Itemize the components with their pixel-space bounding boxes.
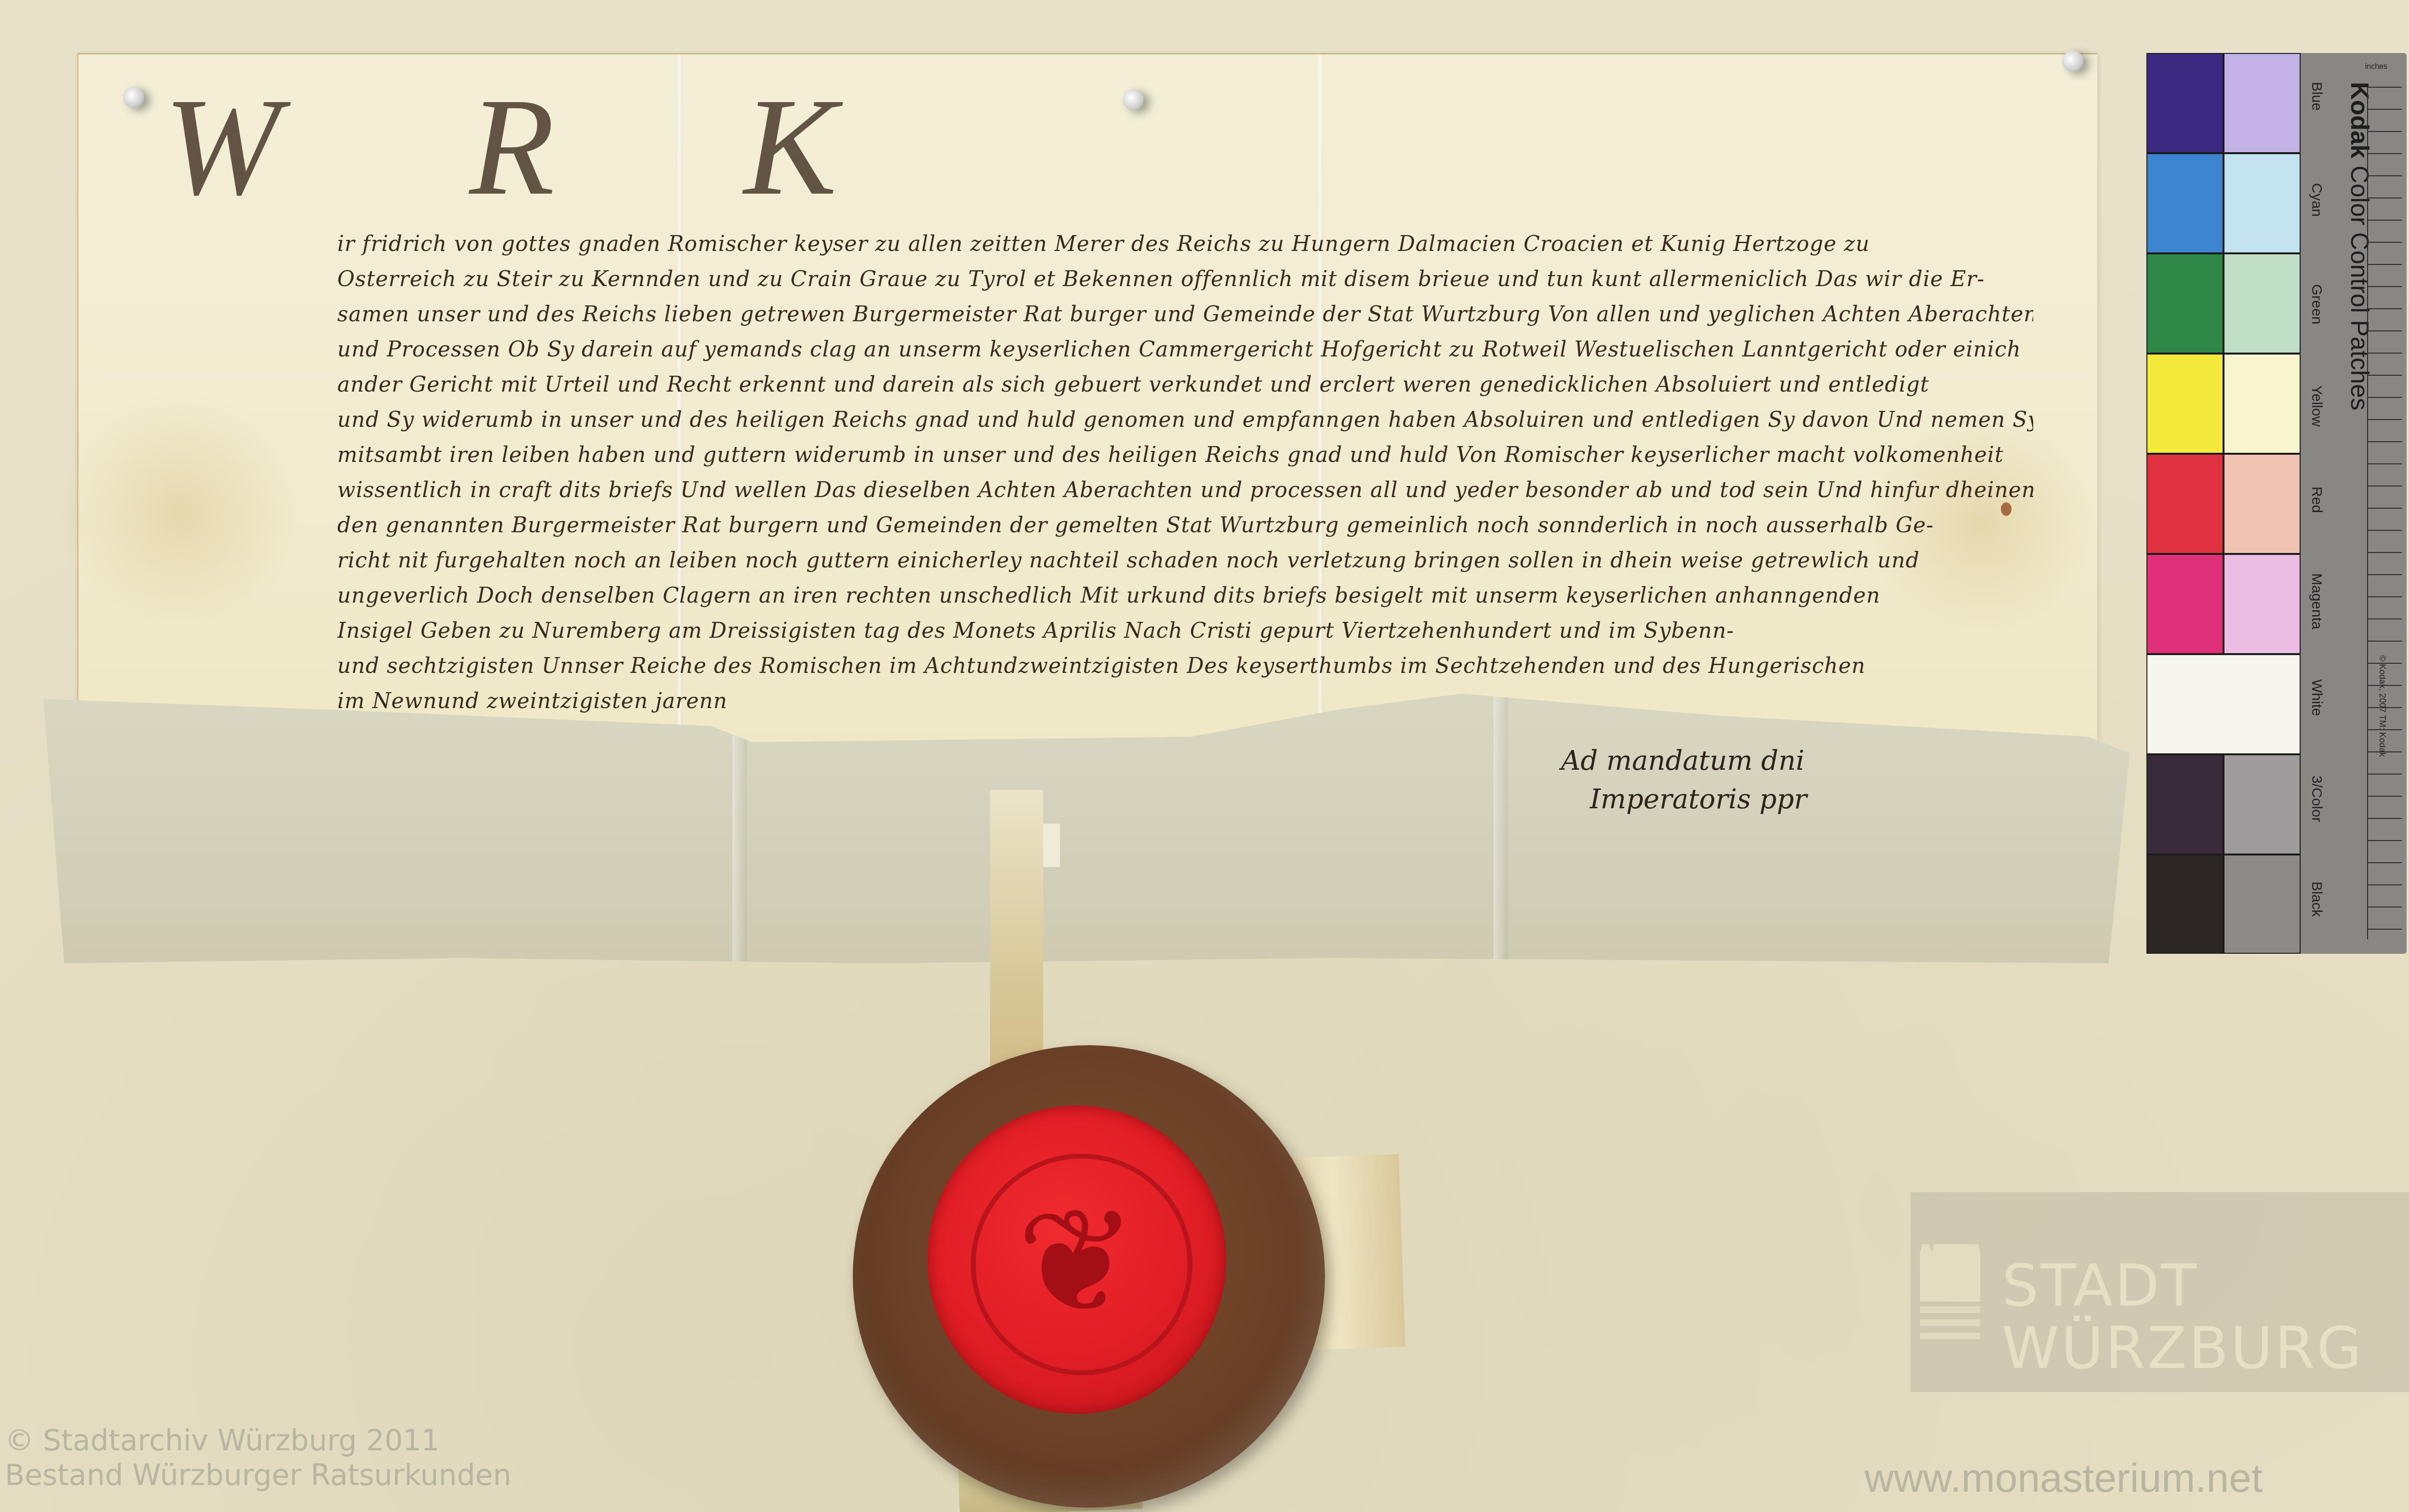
patch-label: White: [2308, 679, 2325, 716]
patch-label: Green: [2308, 284, 2325, 324]
text-line: und Sy widerumb in unser und des heilige…: [337, 402, 2033, 437]
city-skyline-icon: [1920, 1211, 1980, 1375]
monasterium-url-watermark: www.monasterium.net: [1865, 1455, 2263, 1501]
text-line: und Processen Ob Sy darein auf yemands c…: [337, 332, 2033, 367]
water-stain: [59, 392, 300, 632]
text-line: ander Gericht mit Urteil und Recht erken…: [337, 367, 2033, 402]
patch-red-light: [2224, 454, 2301, 554]
patch-3color-dark: [2146, 754, 2224, 855]
patch-black-dark: [2146, 855, 2224, 954]
patch-red-dark: [2146, 454, 2224, 554]
text-line: Insigel Geben zu Nuremberg am Dreissigis…: [337, 613, 2033, 648]
endorsement-line: Imperatoris ppr: [1561, 780, 1807, 819]
decorated-initials: W R K: [164, 72, 1946, 222]
logo-text: STADT WÜRZBURG: [2002, 1255, 2364, 1380]
patch-yellow-dark: [2146, 354, 2224, 454]
text-line: und sechtzigisten Unnser Reiche des Romi…: [337, 648, 2033, 684]
color-patches: [2146, 53, 2301, 954]
stadt-wuerzburg-logo: STADT WÜRZBURG: [1910, 1192, 2409, 1392]
patch-label: Blue: [2308, 82, 2325, 111]
patch-3color-light: [2224, 754, 2301, 855]
text-line: richt nit furgehalten noch an leiben noc…: [337, 543, 2033, 578]
patch-magenta-dark: [2146, 554, 2224, 654]
text-line: den genannten Burgermeister Rat burgern …: [337, 508, 2033, 543]
patch-label: Magenta: [2308, 573, 2325, 630]
text-line: ir fridrich von gottes gnaden Romischer …: [337, 226, 2033, 262]
patch-yellow-light: [2224, 354, 2301, 454]
patch-blue-dark: [2146, 53, 2224, 153]
patch-label: Yellow: [2308, 385, 2325, 427]
patch-label: Black: [2308, 881, 2325, 917]
mounting-pin-icon: [123, 87, 144, 108]
patch-blue-light: [2224, 53, 2301, 153]
archive-copyright-watermark: © Stadtarchiv Würzburg 2011 Bestand Würz…: [5, 1423, 511, 1493]
patch-label: Cyan: [2308, 183, 2325, 217]
patch-black-light: [2224, 855, 2301, 954]
text-line: ungeverlich Doch denselben Clagern an ir…: [337, 578, 2033, 613]
copyright-line: © Stadtarchiv Würzburg 2011: [5, 1423, 511, 1458]
patch-cyan-dark: [2146, 153, 2224, 253]
kodak-color-chart: Kodak Color Control Patches Blue Cyan Gr…: [2146, 53, 2407, 954]
unit-inches: inches: [2365, 63, 2387, 71]
charter-text: ir fridrich von gottes gnaden Romischer …: [337, 226, 2033, 719]
endorsement-line: Ad mandatum dni: [1561, 742, 1807, 780]
patch-cyan-light: [2224, 153, 2301, 253]
patch-label: 3/Color: [2308, 776, 2325, 822]
patch-white: [2146, 654, 2301, 754]
patch-green-light: [2224, 253, 2301, 354]
chancery-endorsement: Ad mandatum dni Imperatoris ppr: [1561, 742, 1807, 819]
measurement-ruler: Kodak Color Control Patches Blue Cyan Gr…: [2301, 53, 2407, 954]
collection-line: Bestand Würzburger Ratsurkunden: [5, 1458, 511, 1493]
text-line: samen unser und des Reichs lieben getrew…: [337, 297, 2033, 332]
text-line: mitsambt iren leiben haben und guttern w…: [337, 437, 2033, 473]
ruler-ticks: [2367, 87, 2402, 939]
double-headed-eagle-icon: ❦: [971, 1161, 1183, 1363]
mounting-pin-icon: [2062, 51, 2083, 72]
logo-line: WÜRZBURG: [2002, 1317, 2364, 1380]
text-line: Osterreich zu Steir zu Kernnden und zu C…: [337, 262, 2033, 297]
fold-line: [1494, 694, 1508, 963]
patch-label: Red: [2308, 486, 2325, 513]
patch-green-dark: [2146, 253, 2224, 354]
text-line: wissentlich in craft dits briefs Und wel…: [337, 473, 2033, 508]
text-line: im Newnund zweintzigisten jarenn: [337, 684, 2033, 719]
patch-magenta-light: [2224, 554, 2301, 654]
logo-line: STADT: [2002, 1255, 2364, 1317]
